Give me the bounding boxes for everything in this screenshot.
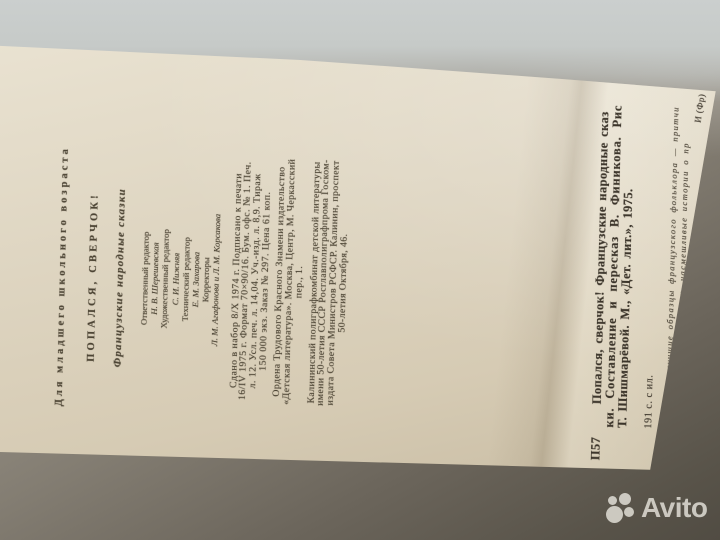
- classification-index: И (Фр): [692, 93, 706, 124]
- avito-wordmark: Avito: [641, 493, 707, 523]
- catalog-index-code: П57: [588, 437, 604, 461]
- book-subtitle-line: Французские народные сказки: [110, 122, 130, 434]
- catalog-card-text: П57 Попался, сверчок! Французские народн…: [588, 36, 720, 475]
- printer-block: Калининский полиграфкомбинат детской лит…: [305, 126, 351, 439]
- avito-logo-icon: [606, 493, 636, 523]
- publisher-block: Ордена Трудового Красного Знамени издате…: [271, 126, 308, 439]
- annotation-line: и богатеях, увлекательные волшебные сказ…: [682, 239, 698, 475]
- imprint-block: Сдано в набор 8/X 1974 г. Подписано к пе…: [228, 124, 274, 437]
- pages-count-line: 191 с. с ил.: [643, 375, 655, 429]
- audience-line: Для младшего школьного возраста: [53, 120, 72, 432]
- imprint-page-text: Для младшего школьного возраста ПОПАЛСЯ,…: [50, 120, 348, 439]
- book-photo: Для младшего школьного возраста ПОПАЛСЯ,…: [0, 0, 720, 540]
- avito-watermark: Avito: [606, 486, 716, 530]
- credits-block: Ответственный редактор Н. В. Шерешевская…: [136, 122, 225, 436]
- book-title-line: ПОПАЛСЯ, СВЕРЧОК!: [84, 121, 103, 433]
